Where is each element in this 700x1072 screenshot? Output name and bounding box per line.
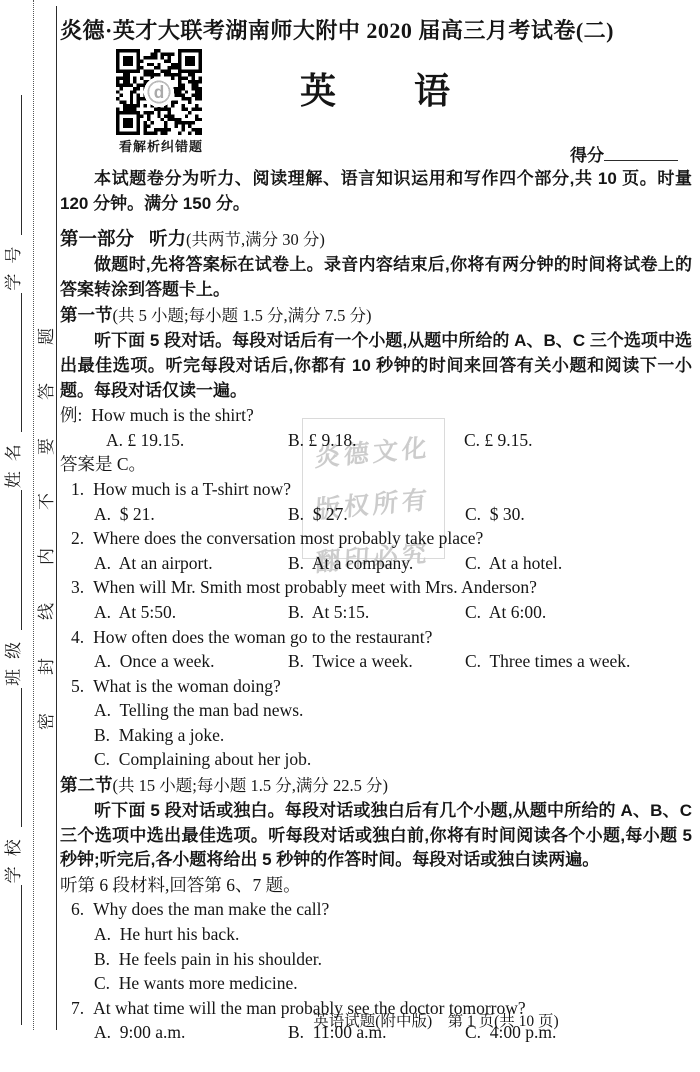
blank-underline	[1, 688, 22, 828]
student-field-label: 学号	[1, 235, 27, 293]
option-item: C. $ 30.	[465, 502, 692, 527]
option-item: C. At 6:00.	[465, 600, 692, 625]
question-text: Why does the man make the call?	[93, 899, 329, 919]
student-info-fields: 学校班级姓名学号	[1, 95, 27, 1025]
question-line: 1.How much is a T-shirt now?	[60, 477, 692, 502]
question-text: When will Mr. Smith most probably meet w…	[93, 577, 537, 597]
question-line: 2.Where does the conversation most proba…	[60, 526, 692, 551]
option-row: A. At an airport.B. At a company.C. At a…	[60, 551, 692, 576]
svg-text:d: d	[154, 82, 165, 102]
heading-note: (共两节,满分 30 分)	[186, 230, 325, 249]
option-row: A. Once a week.B. Twice a week.C. Three …	[60, 649, 692, 674]
text-line: 听第 6 段材料,回答第 6、7 题。	[60, 873, 692, 898]
option-item: B. At 5:15.	[288, 600, 465, 625]
page-footer: 英语试题(附中版) 第 1 页(共 10 页)	[120, 1009, 700, 1031]
option-item: B. He feels pain in his shoulder.	[94, 947, 692, 972]
option-item: C. At a hotel.	[465, 551, 692, 576]
option-item: A. At 5:50.	[94, 600, 288, 625]
option-row: A. At 5:50.B. At 5:15.C. At 6:00.	[60, 600, 692, 625]
student-field-label: 班级	[1, 630, 27, 688]
subject-header: d 看解析纠错题 英 语	[60, 45, 692, 141]
question-text: How often does the woman go to the resta…	[93, 627, 432, 647]
section-heading: 第二节(共 15 小题;每小题 1.5 分,满分 22.5 分)	[60, 773, 692, 799]
question-text: How much is the shirt?	[91, 405, 253, 425]
question-number: 5.	[71, 676, 84, 696]
option-item: C. Three times a week.	[465, 649, 692, 674]
heading-note: (共 15 小题;每小题 1.5 分,满分 22.5 分)	[113, 776, 388, 795]
question-blocks: 第一部分听力(共两节,满分 30 分)做题时,先将答案标在试卷上。录音内容结束后…	[60, 226, 692, 1045]
student-field-label: 学校	[1, 827, 27, 885]
example-question: 例:How much is the shirt?	[60, 403, 692, 428]
question-text: How much is a T-shirt now?	[93, 479, 291, 499]
option-item: C. He wants more medicine.	[94, 971, 692, 996]
instruction-paragraph: 听下面 5 段对话或独白。每段对话或独白后有几个小题,从题中所给的 A、B、C …	[60, 799, 692, 873]
question-line: 5.What is the woman doing?	[60, 674, 692, 699]
question-number: 7.	[71, 998, 84, 1018]
exam-paper-page: { "header": { "exam_title": "炎德·英才大联考湖南师…	[0, 0, 700, 1072]
blank-underline	[1, 293, 22, 433]
option-stack: A. He hurt his back.B. He feels pain in …	[60, 922, 692, 996]
option-item: A. £ 19.15.	[106, 428, 288, 453]
exam-intro: 本试题卷分为听力、阅读理解、语言知识运用和写作四个部分,共 10 页。时量 12…	[60, 167, 692, 216]
exam-title: 炎德·英才大联考湖南师大附中 2020 届高三月考试卷(二)	[60, 14, 692, 45]
qr-block: d 看解析纠错题	[116, 49, 206, 155]
option-item: A. $ 21.	[94, 502, 288, 527]
option-item: C. £ 9.15.	[464, 428, 692, 453]
option-item: B. $ 27.	[288, 502, 465, 527]
seal-text: 密封线内不要答题	[35, 300, 59, 730]
question-number: 例:	[60, 405, 82, 425]
option-row: A. £ 19.15.B. £ 9.18.C. £ 9.15.	[60, 428, 692, 453]
section-heading: 第一节(共 5 小题;每小题 1.5 分,满分 7.5 分)	[60, 303, 692, 329]
option-item: B. At a company.	[288, 551, 465, 576]
blank-underline	[1, 885, 22, 1025]
blank-underline	[1, 95, 22, 235]
heading-title: 听力	[149, 228, 186, 249]
question-number: 3.	[71, 577, 84, 597]
heading-label: 第一节	[60, 305, 113, 325]
score-blank-underline	[604, 146, 678, 161]
question-number: 4.	[71, 627, 84, 647]
option-item: A. Telling the man bad news.	[94, 698, 692, 723]
option-item: A. He hurt his back.	[94, 922, 692, 947]
student-field-label: 姓名	[1, 432, 27, 490]
option-item: A. Once a week.	[94, 649, 288, 674]
qr-caption: 看解析纠错题	[116, 136, 206, 155]
question-line: 3.When will Mr. Smith most probably meet…	[60, 575, 692, 600]
content-area: 炎德·英才大联考湖南师大附中 2020 届高三月考试卷(二) d 看解析纠错题 …	[60, 0, 692, 1045]
question-text: Where does the conversation most probabl…	[93, 528, 483, 548]
question-line: 6.Why does the man make the call?	[60, 897, 692, 922]
option-item: B. Making a joke.	[94, 723, 692, 748]
question-line: 4.How often does the woman go to the res…	[60, 625, 692, 650]
option-item: A. At an airport.	[94, 551, 288, 576]
part-heading: 第一部分听力(共两节,满分 30 分)	[60, 226, 692, 253]
question-number: 1.	[71, 479, 84, 499]
option-item: C. Complaining about her job.	[94, 747, 692, 772]
option-stack: A. Telling the man bad news.B. Making a …	[60, 698, 692, 772]
heading-note: (共 5 小题;每小题 1.5 分,满分 7.5 分)	[113, 306, 372, 325]
blank-underline	[1, 490, 22, 630]
heading-label: 第一部分	[60, 228, 134, 249]
option-item: B. £ 9.18.	[288, 428, 464, 453]
seal-dotted-line	[33, 0, 34, 1030]
option-row: A. $ 21.B. $ 27.C. $ 30.	[60, 502, 692, 527]
instruction-paragraph: 听下面 5 段对话。每段对话后有一个小题,从题中所给的 A、B、C 三个选项中选…	[60, 329, 692, 403]
score-label: 得分	[570, 146, 604, 165]
heading-label: 第二节	[60, 775, 113, 795]
text-line: 答案是 C。	[60, 452, 692, 477]
question-number: 2.	[71, 528, 84, 548]
option-item: B. Twice a week.	[288, 649, 465, 674]
question-number: 6.	[71, 899, 84, 919]
instruction-paragraph: 做题时,先将答案标在试卷上。录音内容结束后,你将有两分钟的时间将试卷上的答案转涂…	[60, 253, 692, 302]
qr-code-image: d	[116, 49, 202, 135]
question-text: What is the woman doing?	[93, 676, 281, 696]
